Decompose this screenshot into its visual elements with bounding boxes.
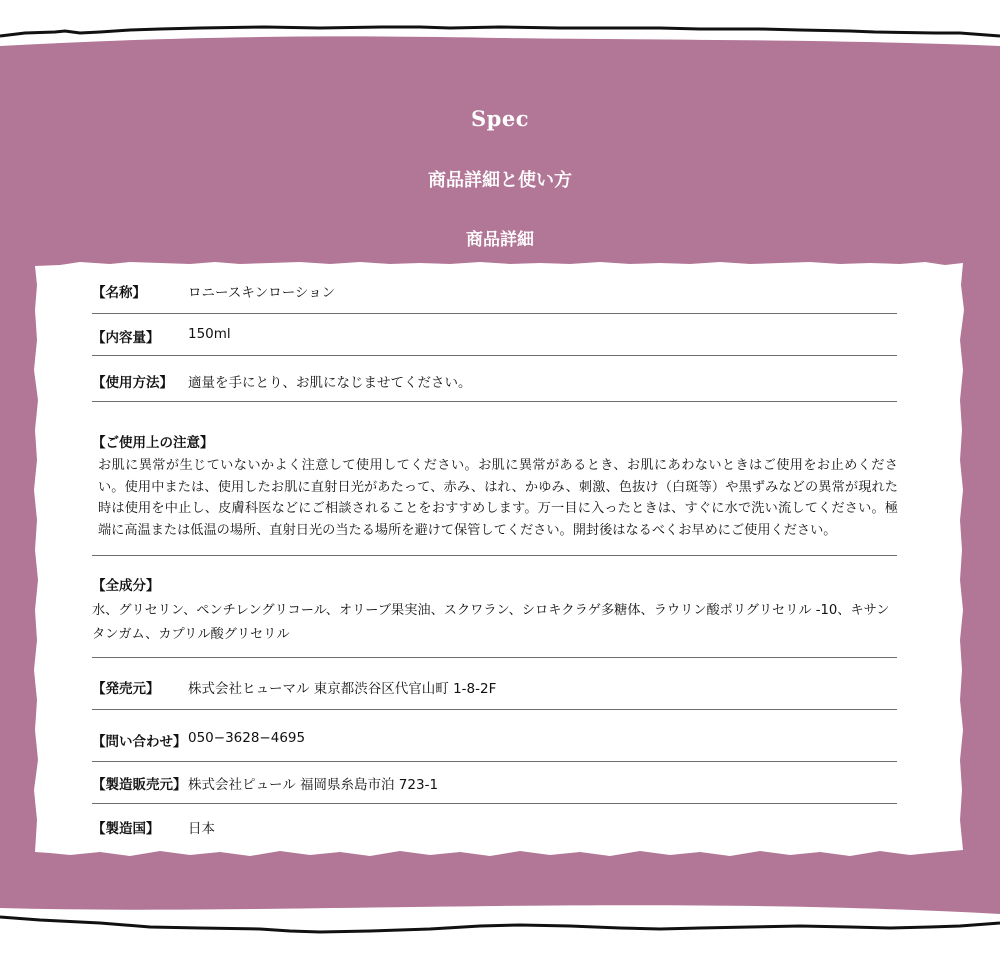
spec-label: 【発売元】 (92, 677, 160, 697)
spec-label: 【内容量】 (92, 326, 160, 346)
spec-label: 【使用方法】 (92, 371, 173, 391)
spec-value: 150ml (188, 326, 231, 342)
ingredients-label: 【全成分】 (92, 574, 160, 594)
divider (92, 657, 897, 658)
spec-value: 株式会社ピュール 福岡県糸島市泊 723-1 (188, 773, 438, 793)
divider (92, 313, 897, 314)
ingredients-text: 水、グリセリン、ペンチレングリコール、オリーブ果実油、スクワラン、シロキクラゲ多… (92, 599, 897, 647)
spec-value: 日本 (188, 817, 215, 837)
spec-value: 050−3628−4695 (188, 730, 305, 746)
spec-value: 適量を手にとり、お肌になじませてください。 (188, 371, 472, 391)
spec-value: ロニースキンローション (188, 281, 335, 301)
spec-label: 【製造国】 (92, 817, 160, 837)
divider (92, 761, 897, 762)
divider (92, 555, 897, 556)
divider (92, 803, 897, 804)
spec-label: 【製造販売元】 (92, 773, 187, 793)
divider (92, 355, 897, 356)
spec-label: 【問い合わせ】 (92, 730, 187, 750)
caution-text: お肌に異常が生じていないかよく注意して使用してください。お肌に異常があるとき、お… (98, 455, 898, 541)
divider (92, 401, 897, 402)
caution-label: 【ご使用上の注意】 (92, 431, 214, 451)
divider (92, 709, 897, 710)
spec-label: 【名称】 (92, 281, 146, 301)
spec-value: 株式会社ヒューマル 東京都渋谷区代官山町 1-8-2F (188, 677, 496, 697)
